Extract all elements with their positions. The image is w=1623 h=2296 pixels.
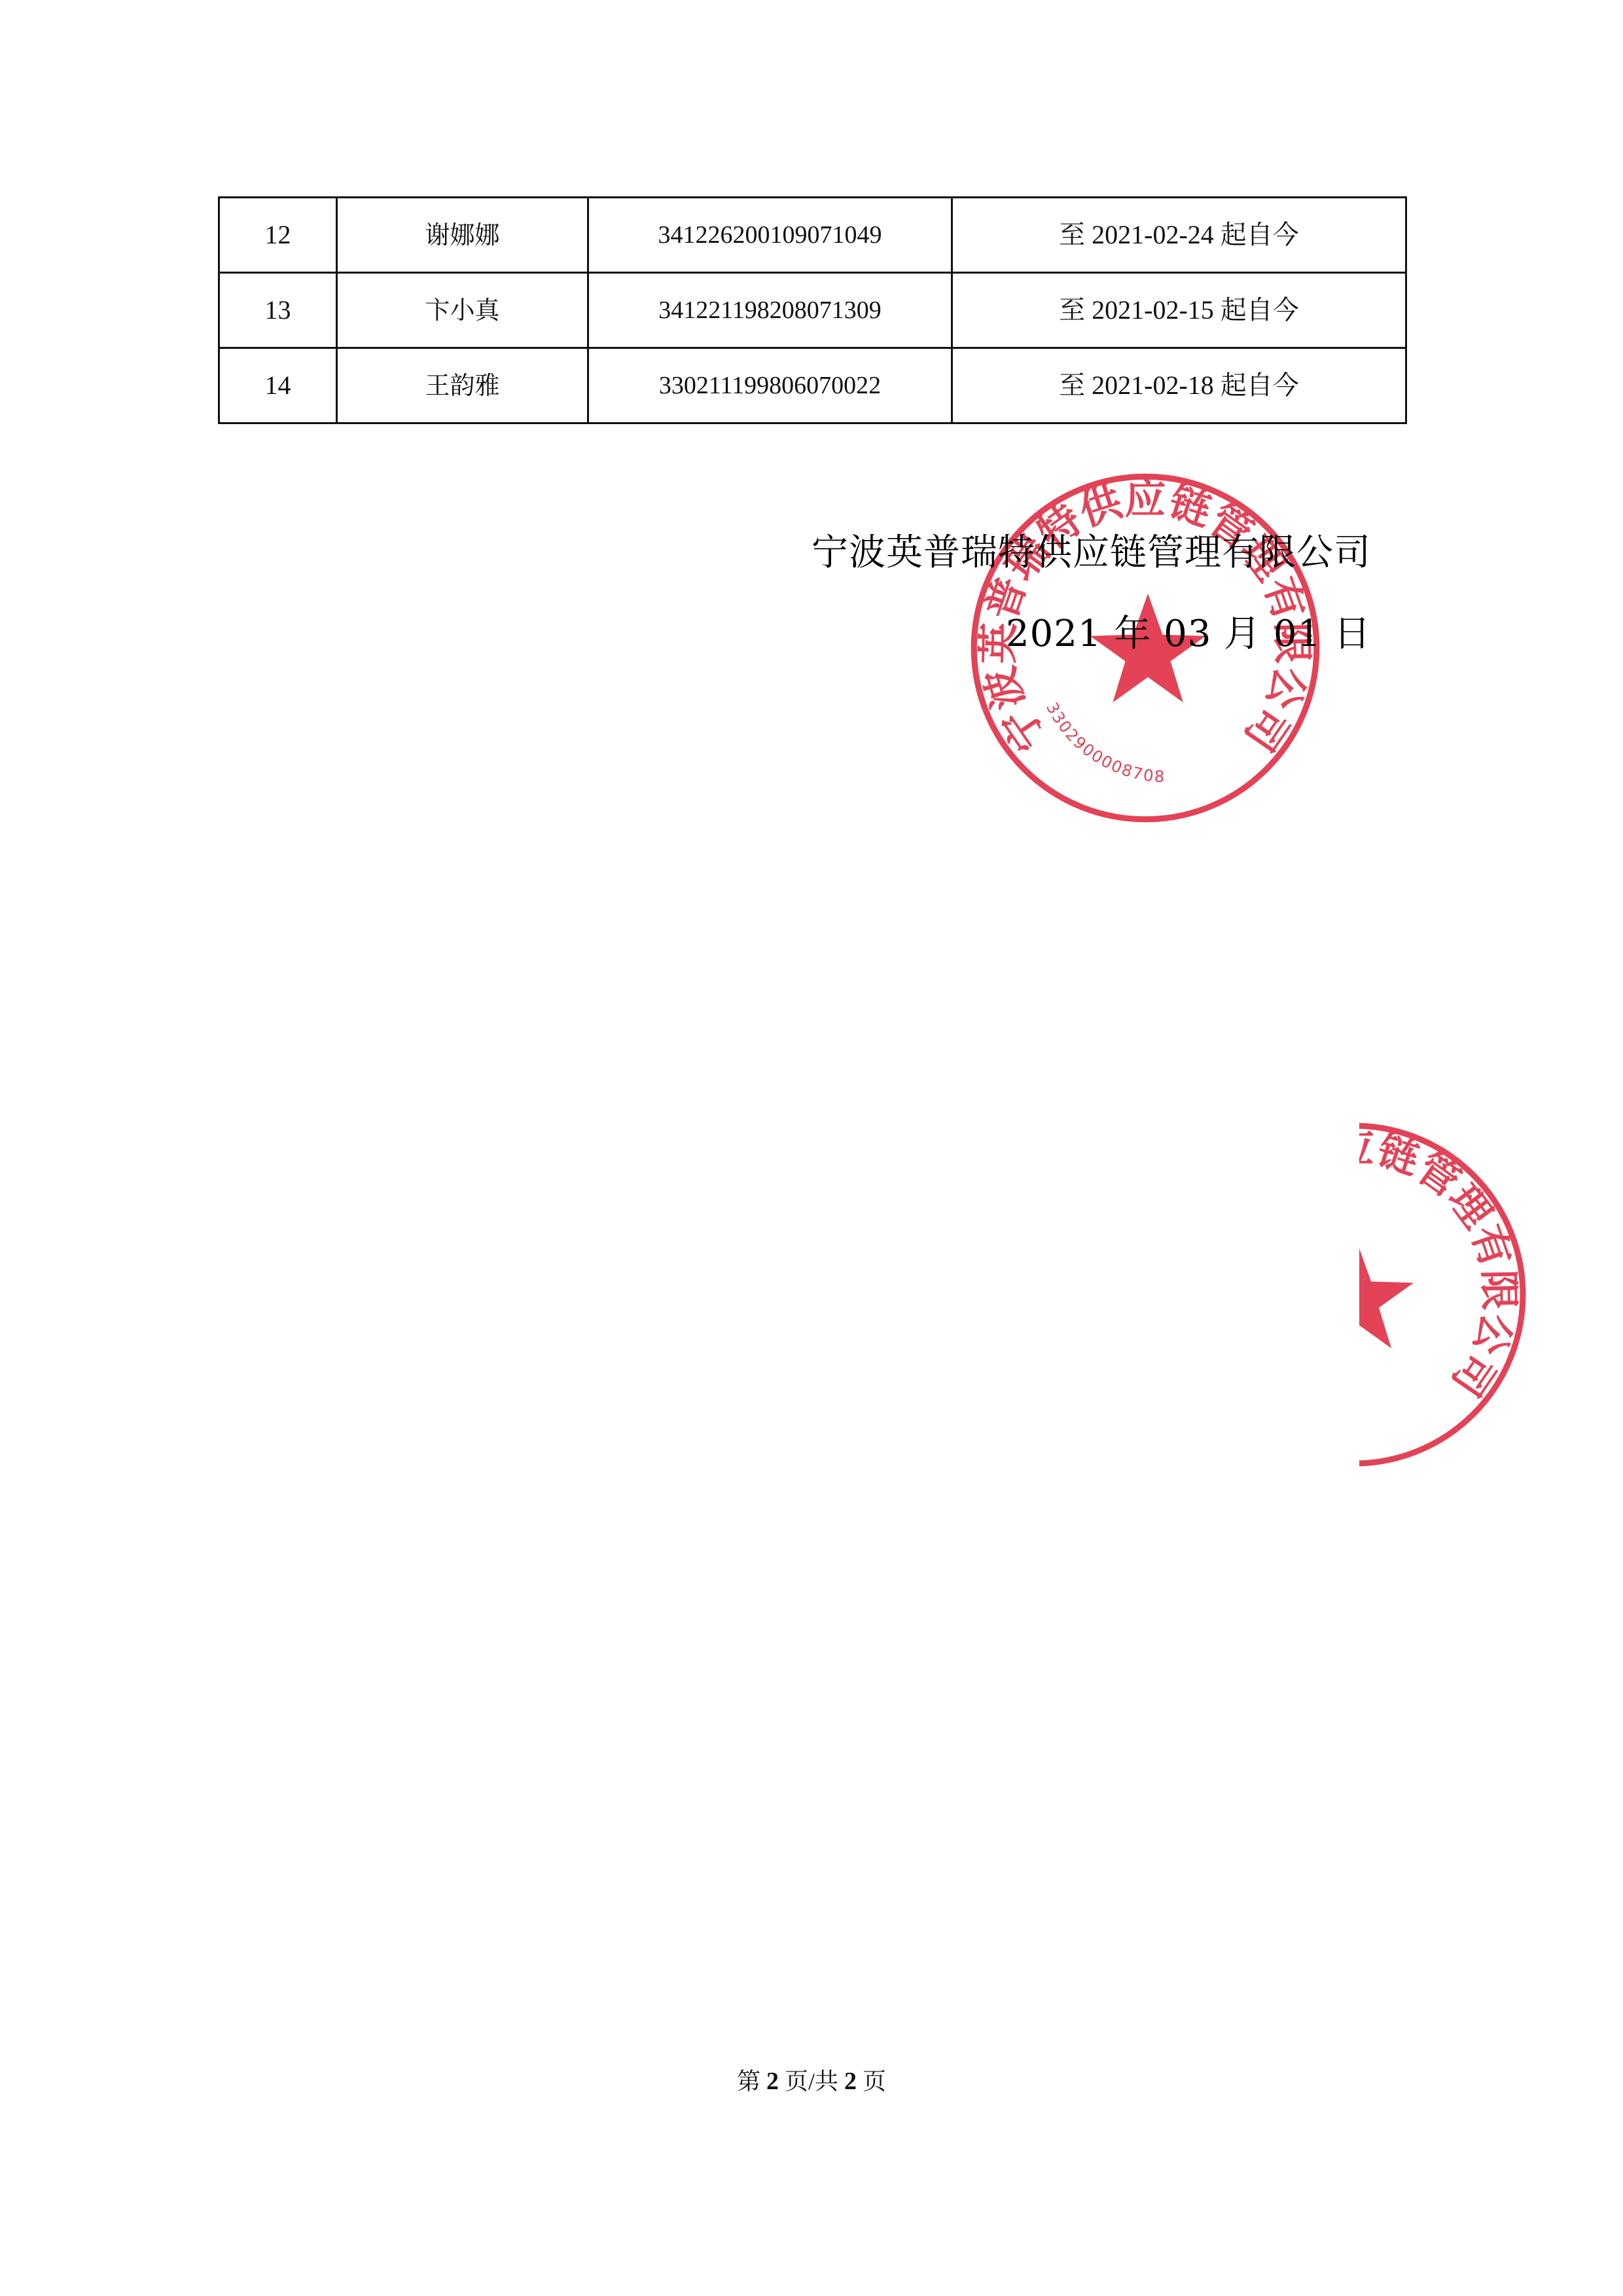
row-number: 12 — [219, 198, 337, 273]
seal-code: 3302900008708 — [1043, 699, 1166, 786]
current-page-number: 2 — [766, 2068, 779, 2095]
footer-middle: 页/共 — [779, 2068, 844, 2094]
total-pages-number: 2 — [844, 2068, 857, 2095]
id-number: 330211199806070022 — [588, 348, 952, 423]
id-number: 341221198208071309 — [588, 273, 952, 348]
partial-seal-text: 宁波英普瑞特供应链管理有限公司 — [1359, 1124, 1524, 1405]
id-number: 341226200109071049 — [588, 198, 952, 273]
document-page: 12 谢娜娜 341226200109071049 至 2021-02-24 起… — [0, 0, 1623, 2296]
employment-period: 至 2021-02-18 起自今 — [952, 348, 1406, 423]
employee-name: 卞小真 — [337, 273, 588, 348]
table-row: 14 王韵雅 330211199806070022 至 2021-02-18 起… — [219, 348, 1406, 423]
signature-date: 2021 年 03 月 01 日 — [811, 613, 1371, 656]
partial-seal: 宁波英普瑞特供应链管理有限公司 — [1359, 1118, 1531, 1471]
employee-name: 王韵雅 — [337, 348, 588, 423]
company-name: 宁波英普瑞特供应链管理有限公司 — [811, 531, 1371, 575]
employee-table: 12 谢娜娜 341226200109071049 至 2021-02-24 起… — [218, 196, 1407, 424]
row-number: 13 — [219, 273, 337, 348]
employee-name: 谢娜娜 — [337, 198, 588, 273]
partial-seal-graphic: 宁波英普瑞特供应链管理有限公司 — [1359, 1118, 1531, 1471]
row-number: 14 — [219, 348, 337, 423]
page-footer: 第 2 页/共 2 页 — [0, 2065, 1623, 2098]
employment-period: 至 2021-02-24 起自今 — [952, 198, 1406, 273]
star-icon — [1359, 1241, 1414, 1348]
table-row: 13 卞小真 341221198208071309 至 2021-02-15 起… — [219, 273, 1406, 348]
signature-block: 宁波英普瑞特供应链管理有限公司 2021 年 03 月 01 日 — [811, 531, 1371, 656]
footer-suffix: 页 — [857, 2068, 886, 2094]
employment-period: 至 2021-02-15 起自今 — [952, 273, 1406, 348]
footer-prefix: 第 — [737, 2068, 766, 2094]
table-row: 12 谢娜娜 341226200109071049 至 2021-02-24 起… — [219, 198, 1406, 273]
